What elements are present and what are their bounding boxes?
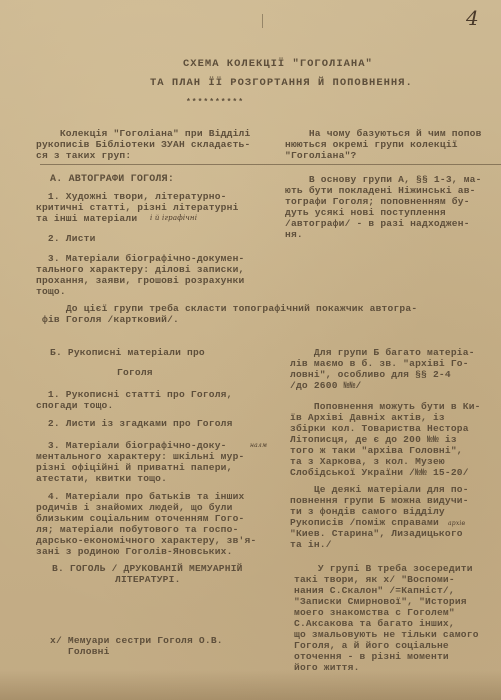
section-b-item-3-line-2: ментального характеру: шкільні мур- (36, 451, 245, 462)
section-a-item-3-line-3: прохання, заяви, грошові розрахунки (36, 275, 245, 286)
section-v-right-line-8: Гоголя, а й його соціальне (294, 640, 449, 651)
left-intro-line-3: ся з таких груп: (36, 150, 131, 161)
section-b-heading-line-2: Гоголя (117, 367, 153, 378)
section-a-right-line-5: /автографи/ - в разі надходжен- (285, 218, 470, 229)
section-v-right-line-4: "Записки Смирнової", "История (294, 596, 467, 607)
right-intro-line-1: На чому базуються й чим попов (285, 128, 482, 139)
section-b-right-1-line-2: лів маємо в б. зв. "архіві Го- (290, 358, 469, 369)
section-b-item-3-line-4: атестати, квитки тощо. (36, 473, 167, 484)
section-a-item-1-line-1: 1. Художні твори, літературно- (36, 191, 227, 202)
section-v-right-line-7: що змальовують не тільки самого (294, 629, 479, 640)
section-b-right-1-line-3: ловні", особливо для §§ 2-4 (290, 369, 451, 380)
handwritten-note-a: і й іграфічні (150, 213, 197, 224)
handwritten-note-b: налм (250, 440, 267, 451)
section-b-right-3-line-4: Рукописів /поміж справами (290, 517, 439, 528)
title-ornament: ********** (186, 97, 244, 108)
section-b-right-3-line-3: ти з фондів самого відділу (290, 506, 445, 517)
section-a-item-1-line-2: критичні статті, різні літературні (36, 202, 239, 213)
section-v-right-line-3: нания С.Скалон" /=Капніст/, (294, 585, 455, 596)
section-b-item-4-line-5: дарсько-економічного характеру, зв'я- (36, 535, 256, 546)
document-page: 4 СХЕМА КОЛЕКЦІЇ "ГОГОЛІАНА" ТА ПЛАН ЇЇ … (0, 0, 501, 700)
section-divider (40, 164, 501, 165)
section-b-item-4-line-4: ля; матеріали побутового та госпо- (36, 524, 239, 535)
section-a-item-3-line-4: тощо. (36, 286, 66, 297)
section-b-right-3-line-6: та ін./ (290, 539, 332, 550)
section-b-right-1-line-1: Для групи Б багато матеріа- (290, 347, 475, 358)
footnote-line-1: х/ Мемуари сестри Гоголя О.В. (50, 635, 223, 646)
section-b-item-3-line-3: різні офіційні й приватні папери, (36, 462, 233, 473)
section-v-heading-line-1: В. ГОГОЛЬ / ДРУКОВАНІЙ МЕМУАРНІЙ (52, 563, 243, 574)
section-b-right-2-line-4: Літописця, де є до 200 №№ із (290, 434, 457, 445)
section-a-item-1-line-3: та інші матеріали (36, 213, 137, 224)
section-b-item-1-line-2: спогади тощо. (36, 400, 113, 411)
section-b-item-1-line-1: 1. Рукописні статті про Гоголя, (36, 389, 233, 400)
section-a-note-line-1: До цієї групи треба скласти топографічни… (42, 303, 417, 314)
section-b-item-4-line-1: 4. Матеріали про батьків та інших (36, 491, 245, 502)
section-a-heading: А. АВТОГРАФИ ГОГОЛЯ: (50, 174, 174, 185)
section-v-right-line-9: оточення - в різні моменти (294, 651, 449, 662)
section-b-item-3-line-1: 3. Матеріали біографічно-доку- (36, 440, 227, 451)
section-v-right-line-5: моего знакомства с Гоголем" (294, 607, 455, 618)
section-b-item-4-line-6: зані з родиною Гоголів-Яновських. (36, 546, 233, 557)
section-a-right-line-2: ють бути покладені Ніжинські ав- (285, 185, 476, 196)
section-a-right-line-3: тографи Гоголя; поповненням бу- (285, 196, 470, 207)
right-intro-line-2: нюються окремі групи колекції (285, 139, 458, 150)
section-v-right-line-1: У групі В треба зосередити (294, 563, 473, 574)
section-a-right-line-1: В основу групи А, §§ 1-3, ма- (285, 174, 482, 185)
section-v-heading-line-2: ЛІТЕРАТУРІ. (115, 574, 181, 585)
section-b-item-2: 2. Листи із згадками про Гоголя (36, 418, 233, 429)
section-b-right-2-line-2: їв Архіві Давніх актів, із (290, 412, 445, 423)
left-intro-line-1: Колекція "Гоголіана" при Відділі (36, 128, 250, 139)
page-number: 4 (466, 8, 479, 28)
footnote-line-2: Головні (50, 646, 110, 657)
section-a-item-3-line-1: 3. Матеріали біографічно-докумен- (36, 253, 245, 264)
section-b-right-2-line-7: Слобідської України /№№ 15-20/ (290, 467, 469, 478)
section-b-item-4-line-2: родичів і знайомих людей, що були (36, 502, 233, 513)
section-a-right-line-6: ня. (285, 229, 303, 240)
section-b-right-3-line-2: повнення групи Б можна видучи- (290, 495, 469, 506)
section-b-item-4-line-3: близьким соціальним оточенням Гого- (36, 513, 245, 524)
page-bottom-edge (0, 670, 501, 700)
section-v-right-line-2: такі твори, як х/ "Воспоми- (294, 574, 455, 585)
section-b-right-2-line-6: та з Харкова, з кол. Музею (290, 456, 445, 467)
section-b-right-3-line-5: "Киев. Старина", Лизадицького (290, 528, 463, 539)
section-a-right-line-4: дуть усякі нові поступлення (285, 207, 446, 218)
section-a-item-2: 2. Листи (36, 233, 96, 244)
left-intro-line-2: рукописів Бібліотеки ЗУАН складаєть- (36, 139, 250, 150)
section-b-heading-line-1: Б. Рукописні матеріали про (50, 347, 205, 358)
section-b-right-1-line-4: /до 2600 №№/ (290, 380, 362, 391)
margin-mark (262, 14, 263, 28)
section-v-right-line-6: С.Аксакова та багато інших, (294, 618, 455, 629)
title-line-1: СХЕМА КОЛЕКЦІЇ "ГОГОЛІАНА" (183, 59, 373, 70)
section-b-right-2-line-1: Поповнення можуть бути в Ки- (290, 401, 481, 412)
title-line-2: ТА ПЛАН ЇЇ РОЗГОРТАННЯ Й ПОПОВНЕННЯ. (150, 78, 413, 89)
section-b-right-2-line-3: збірки кол. Товариства Нестора (290, 423, 469, 434)
section-a-note-line-2: фів Гоголя /картковий/. (42, 314, 179, 325)
section-b-right-3-line-1: Це деякі матеріали для по- (290, 484, 469, 495)
section-a-item-3-line-2: тального характеру: ділові записки, (36, 264, 245, 275)
section-b-right-2-line-5: того ж таки "архіва Головні", (290, 445, 463, 456)
right-intro-line-3: "Гоголіана"? (285, 150, 357, 161)
